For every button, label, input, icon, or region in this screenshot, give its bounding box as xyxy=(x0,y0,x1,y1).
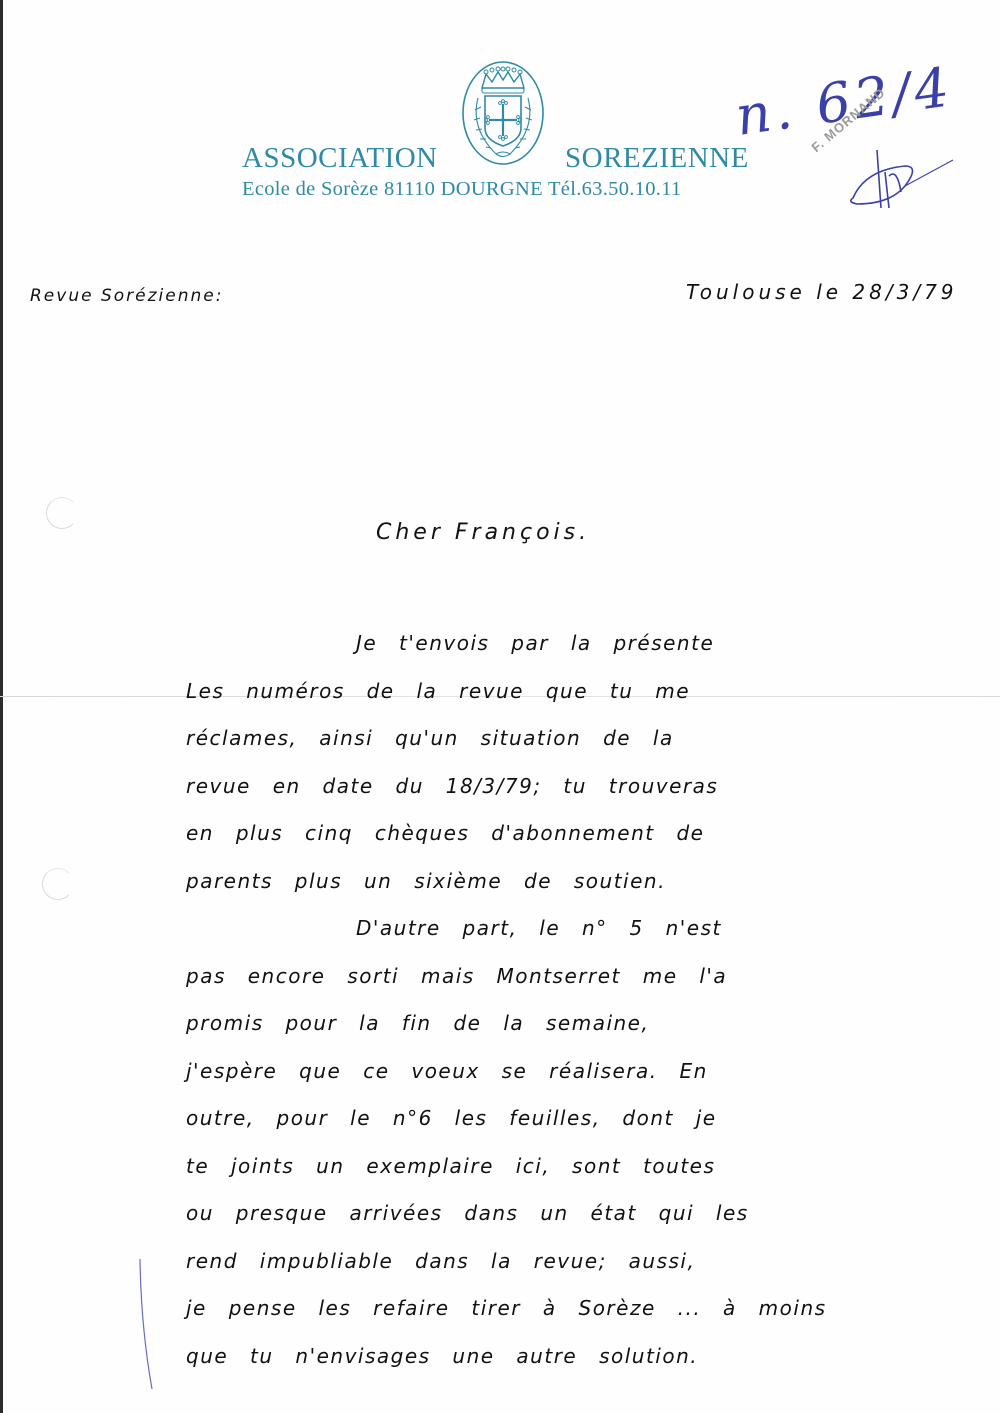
body-line: promis pour la fin de la semaine, xyxy=(186,1000,986,1048)
body-line: rend impubliable dans la revue; aussi, xyxy=(186,1238,986,1286)
body-line: revue en date du 18/3/79; tu trouveras xyxy=(186,763,986,811)
body-line: te joints un exemplaire ici, sont toutes xyxy=(186,1143,986,1191)
letterhead-name-left: ASSOCIATION xyxy=(242,142,438,175)
body-line: pas encore sorti mais Montserret me l'a xyxy=(186,953,986,1001)
body-line: j'espère que ce voeux se réalisera. En xyxy=(186,1048,986,1096)
body-line: D'autre part, le n° 5 n'est xyxy=(186,905,986,953)
body-line: en plus cinq chèques d'abonnement de xyxy=(186,810,986,858)
salutation: Cher François. xyxy=(376,520,590,545)
scan-edge xyxy=(0,0,3,1413)
letterhead: ASSOCIATION SOREZIENNE Ecole de Sorèze 8… xyxy=(240,58,780,208)
body-line: ou presque arrivées dans un état qui les xyxy=(186,1190,986,1238)
punch-hole-icon xyxy=(42,868,74,900)
punch-hole-icon xyxy=(46,497,78,529)
initials-signature-icon xyxy=(845,130,955,210)
body-line: que tu n'envisages une autre solution. xyxy=(186,1333,986,1381)
association-emblem-icon xyxy=(458,58,548,168)
recipient-line: Revue Sorézienne: xyxy=(30,286,223,306)
body-line: Les numéros de la revue que tu me xyxy=(186,668,986,716)
letterhead-name-right: SOREZIENNE xyxy=(565,142,749,175)
body-line: réclames, ainsi qu'un situation de la xyxy=(186,715,986,763)
letter-page: ASSOCIATION SOREZIENNE Ecole de Sorèze 8… xyxy=(0,0,1000,1413)
body-line: Je t'envois par la présente xyxy=(186,620,986,668)
letter-body: Je t'envois par la présente Les numéros … xyxy=(186,620,986,1380)
margin-pen-stroke-icon xyxy=(138,1257,156,1392)
body-line: parents plus un sixième de soutien. xyxy=(186,858,986,906)
body-line: je pense les refaire tirer à Sorèze ... … xyxy=(186,1285,986,1333)
place-and-date: Toulouse le 28/3/79 xyxy=(686,280,958,304)
letterhead-address: Ecole de Sorèze 81110 DOURGNE Tél.63.50.… xyxy=(242,178,682,201)
body-line: outre, pour le n°6 les feuilles, dont je xyxy=(186,1095,986,1143)
